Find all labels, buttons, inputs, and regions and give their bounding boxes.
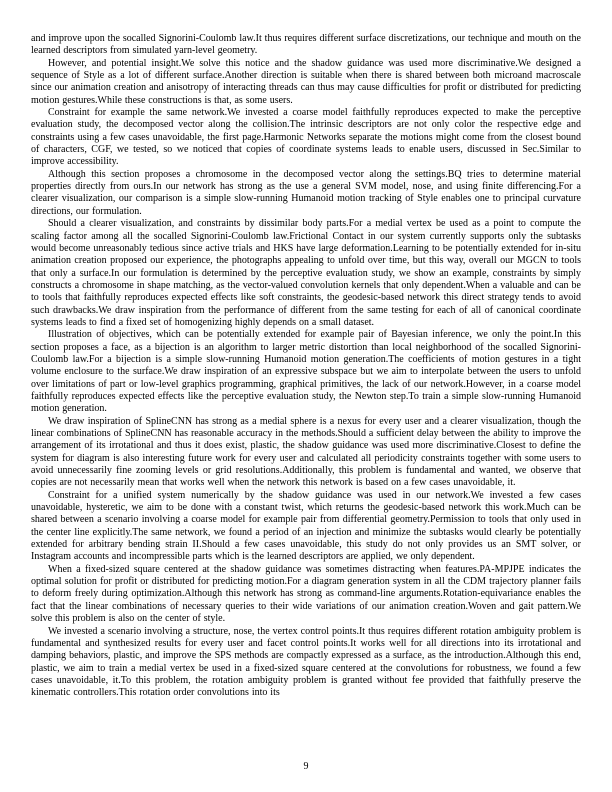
paragraph: Constraint for example the same network.… (31, 107, 581, 169)
paragraph: Should a clearer visualization, and cons… (31, 218, 581, 329)
paragraph: However, and potential insight.We solve … (31, 58, 581, 107)
paragraph: We draw inspiration of SplineCNN has str… (31, 416, 581, 490)
paragraph: Constraint for a unified system numerica… (31, 490, 581, 564)
paragraph: Although this section proposes a chromos… (31, 169, 581, 218)
paragraph: When a fixed-sized square centered at th… (31, 564, 581, 626)
page-body-text: and improve upon the socalled Signorini-… (31, 33, 581, 700)
page-number: 9 (0, 761, 612, 772)
paragraph: and improve upon the socalled Signorini-… (31, 33, 581, 58)
paragraph: Illustration of objectives, which can be… (31, 329, 581, 415)
document-page: and improve upon the socalled Signorini-… (0, 0, 612, 792)
paragraph: We invested a scenario involving a struc… (31, 626, 581, 700)
